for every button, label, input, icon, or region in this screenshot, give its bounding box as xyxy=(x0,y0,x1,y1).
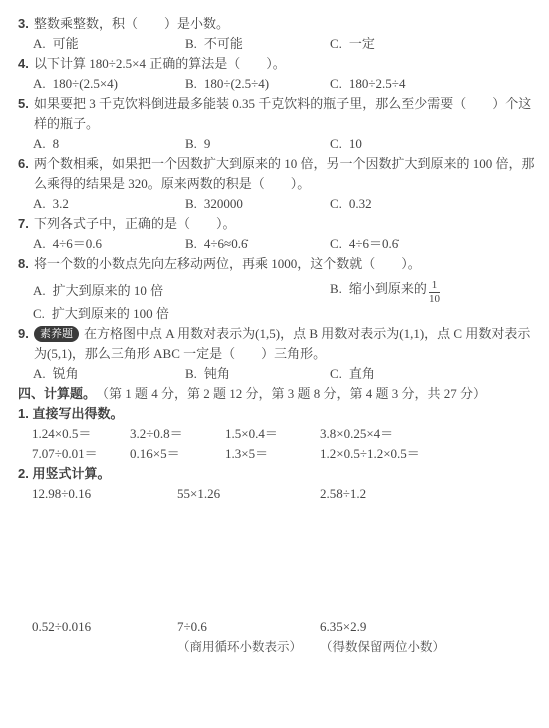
question-8-option-b: B. 缩小到原来的 1 10 xyxy=(330,279,440,304)
question-4-option-b: B.180÷(2.5÷4) xyxy=(185,74,330,94)
expression: 0.16×5＝ xyxy=(130,444,225,464)
option-text: 缩小到原来的 xyxy=(349,279,427,304)
expression: 1.2×0.5÷1.2×0.5＝ xyxy=(320,444,537,464)
option-label: A. xyxy=(33,34,46,54)
question-4-option-a: A.180÷(2.5×4) xyxy=(33,74,185,94)
question-8-options-row1: A.扩大到原来的 10 倍 B. 缩小到原来的 1 10 xyxy=(18,278,537,304)
question-3-options: A.可能 B.不可能 C.一定 xyxy=(18,34,537,54)
option-label: C. xyxy=(330,134,342,154)
question-3-text: 整数乘整数，积（ ）是小数。 xyxy=(34,16,229,31)
empty-cell xyxy=(32,637,177,657)
question-4-option-c: C.180÷2.5÷4 xyxy=(330,74,537,94)
option-label: C. xyxy=(330,234,342,254)
question-6: 6. 两个数相乘，如果把一个因数扩大到原来的 10 倍，另一个因数扩大到原来的 … xyxy=(18,154,537,194)
question-5-number: 5. xyxy=(18,94,29,114)
option-text: 4÷6＝0.6̇ xyxy=(349,234,398,254)
direct-calc-row-2: 7.07÷0.01＝ 0.16×5＝ 1.3×5＝ 1.2×0.5÷1.2×0.… xyxy=(18,444,537,464)
expression: 3.8×0.25×4＝ xyxy=(320,424,537,444)
question-8: 8. 将一个数的小数点先向左移动两位，再乘 1000，这个数就（ ）。 xyxy=(18,254,537,274)
expression: 6.35×2.9 xyxy=(320,617,537,637)
option-label: B. xyxy=(185,364,197,384)
question-9-option-a: A.锐角 xyxy=(33,364,185,384)
question-6-number: 6. xyxy=(18,154,29,174)
option-text: 锐角 xyxy=(53,364,79,384)
option-label: C. xyxy=(330,194,342,214)
question-6-options: A.3.2 B.320000 C.0.32 xyxy=(18,194,537,214)
direct-calc-row-1: 1.24×0.5＝ 3.2÷0.8＝ 1.5×0.4＝ 3.8×0.25×4＝ xyxy=(18,424,537,444)
option-label: A. xyxy=(33,281,46,301)
option-text: 4÷6＝0.6 xyxy=(53,234,102,254)
question-7-text: 下列各式子中，正确的是（ ）。 xyxy=(34,216,236,231)
option-text: 扩大到原来的 10 倍 xyxy=(53,281,164,301)
round-two-decimals-note: （得数保留两位小数） xyxy=(320,637,537,657)
section-4-title: 四、计算题。 xyxy=(18,384,96,404)
question-3-option-a: A.可能 xyxy=(33,34,185,54)
question-7-number: 7. xyxy=(18,214,29,234)
option-text: 4÷6≈0.6̇ xyxy=(204,234,248,254)
option-text: 一定 xyxy=(349,34,375,54)
option-text: 9 xyxy=(204,134,211,154)
question-3-number: 3. xyxy=(18,14,29,34)
option-text: 钝角 xyxy=(204,364,230,384)
question-7-option-a: A.4÷6＝0.6 xyxy=(33,234,185,254)
question-8-number: 8. xyxy=(18,254,29,274)
question-7-option-b: B.4÷6≈0.6̇ xyxy=(185,234,330,254)
section-4-heading: 四、计算题。 （第 1 题 4 分，第 2 题 12 分，第 3 题 8 分，第… xyxy=(18,384,537,404)
question-6-option-b: B.320000 xyxy=(185,194,330,214)
option-label: B. xyxy=(185,74,197,94)
question-9-option-c: C.直角 xyxy=(330,364,537,384)
question-5: 5. 如果要把 3 千克饮料倒进最多能装 0.35 千克饮料的瓶子里，那么至少需… xyxy=(18,94,537,134)
question-3: 3. 整数乘整数，积（ ）是小数。 xyxy=(18,14,537,34)
question-6-option-a: A.3.2 xyxy=(33,194,185,214)
fraction-denominator: 10 xyxy=(429,293,440,305)
question-4-number: 4. xyxy=(18,54,29,74)
option-label: A. xyxy=(33,364,46,384)
calculation-workspace xyxy=(18,504,537,617)
exam-paper: 3. 整数乘整数，积（ ）是小数。 A.可能 B.不可能 C.一定 4. 以下计… xyxy=(0,0,549,728)
expression: 1.3×5＝ xyxy=(225,444,320,464)
expression: 12.98÷0.16 xyxy=(32,484,177,504)
option-text: 可能 xyxy=(53,34,79,54)
question-9-number: 9. xyxy=(18,324,29,344)
question-7-options: A.4÷6＝0.6 B.4÷6≈0.6̇ C.4÷6＝0.6̇ xyxy=(18,234,537,254)
question-5-text: 如果要把 3 千克饮料倒进最多能装 0.35 千克饮料的瓶子里，那么至少需要（ … xyxy=(34,96,531,131)
option-text: 直角 xyxy=(349,364,375,384)
expression: 3.2÷0.8＝ xyxy=(130,424,225,444)
option-label: B. xyxy=(185,194,197,214)
option-label: A. xyxy=(33,194,46,214)
option-label: B. xyxy=(185,34,197,54)
question-9-options: A.锐角 B.钝角 C.直角 xyxy=(18,364,537,384)
question-4: 4. 以下计算 180÷2.5×4 正确的算法是（ ）。 xyxy=(18,54,537,74)
option-text: 180÷(2.5÷4) xyxy=(204,74,269,94)
question-3-option-b: B.不可能 xyxy=(185,34,330,54)
question-4-options: A.180÷(2.5×4) B.180÷(2.5÷4) C.180÷2.5÷4 xyxy=(18,74,537,94)
vertical-calc-row-1: 12.98÷0.16 55×1.26 2.58÷1.2 xyxy=(18,484,537,504)
option-label: B. xyxy=(330,279,342,304)
question-9-option-b: B.钝角 xyxy=(185,364,330,384)
option-label: C. xyxy=(330,74,342,94)
question-5-option-b: B.9 xyxy=(185,134,330,154)
expression: 1.5×0.4＝ xyxy=(225,424,320,444)
question-5-option-a: A.8 xyxy=(33,134,185,154)
expression: 7÷0.6 xyxy=(177,617,320,637)
option-text: 180÷(2.5×4) xyxy=(53,74,118,94)
question-8-option-a: A.扩大到原来的 10 倍 xyxy=(33,281,330,301)
direct-calc-title: 1. 直接写出得数。 xyxy=(18,404,537,424)
option-text: 3.2 xyxy=(53,194,69,214)
option-label: B. xyxy=(185,234,197,254)
question-4-text: 以下计算 180÷2.5×4 正确的算法是（ ）。 xyxy=(34,56,286,71)
option-text: 10 xyxy=(349,134,362,154)
option-text: 0.32 xyxy=(349,194,372,214)
option-label: C. xyxy=(330,34,342,54)
option-text: 180÷2.5÷4 xyxy=(349,74,406,94)
question-8-text: 将一个数的小数点先向左移动两位，再乘 1000，这个数就（ ）。 xyxy=(34,256,421,271)
fraction-one-tenth: 1 10 xyxy=(429,280,440,305)
question-3-option-c: C.一定 xyxy=(330,34,537,54)
question-6-option-c: C.0.32 xyxy=(330,194,537,214)
expression: 7.07÷0.01＝ xyxy=(32,444,130,464)
vertical-calc-notes-row: （商用循环小数表示） （得数保留两位小数） xyxy=(18,637,537,657)
option-text: 不可能 xyxy=(204,34,243,54)
option-label: B. xyxy=(185,134,197,154)
question-7-option-c: C.4÷6＝0.6̇ xyxy=(330,234,537,254)
expression: 1.24×0.5＝ xyxy=(32,424,130,444)
option-text: 扩大到原来的 100 倍 xyxy=(52,304,169,324)
question-6-text: 两个数相乘，如果把一个因数扩大到原来的 10 倍，另一个因数扩大到原来的 100… xyxy=(34,156,535,191)
expression: 2.58÷1.2 xyxy=(320,484,537,504)
question-9: 9. 素养题在方格图中点 A 用数对表示为(1,5)，点 B 用数对表示为(1,… xyxy=(18,324,537,364)
repeating-decimal-note: （商用循环小数表示） xyxy=(177,637,320,657)
competency-question-badge: 素养题 xyxy=(34,326,79,342)
option-label: A. xyxy=(33,74,46,94)
option-text: 8 xyxy=(53,134,60,154)
option-label: C. xyxy=(33,304,45,324)
section-4-points-note: （第 1 题 4 分，第 2 题 12 分，第 3 题 8 分，第 4 题 3 … xyxy=(96,384,486,404)
question-9-text: 在方格图中点 A 用数对表示为(1,5)，点 B 用数对表示为(1,1)，点 C… xyxy=(34,326,530,361)
expression: 55×1.26 xyxy=(177,484,320,504)
option-label: A. xyxy=(33,134,46,154)
question-8-options-row2: C.扩大到原来的 100 倍 xyxy=(18,304,537,324)
vertical-calc-title: 2. 用竖式计算。 xyxy=(18,464,537,484)
question-7: 7. 下列各式子中，正确的是（ ）。 xyxy=(18,214,537,234)
option-label: A. xyxy=(33,234,46,254)
fraction-numerator: 1 xyxy=(429,280,440,293)
question-8-option-c: C.扩大到原来的 100 倍 xyxy=(33,304,169,324)
expression: 0.52÷0.016 xyxy=(32,617,177,637)
question-5-options: A.8 B.9 C.10 xyxy=(18,134,537,154)
option-label: C. xyxy=(330,364,342,384)
option-text: 320000 xyxy=(204,194,243,214)
vertical-calc-row-2: 0.52÷0.016 7÷0.6 6.35×2.9 xyxy=(18,617,537,637)
question-5-option-c: C.10 xyxy=(330,134,537,154)
